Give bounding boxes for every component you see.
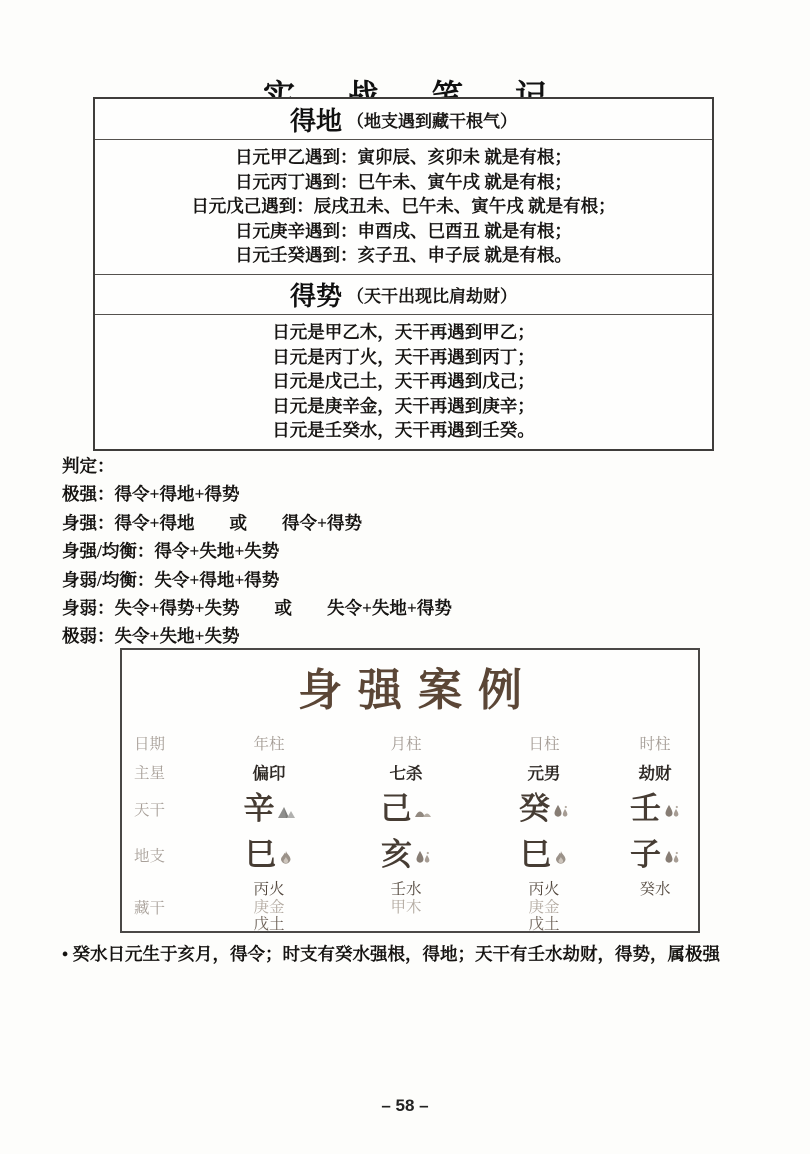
page-number: – 58 – — [0, 1096, 810, 1116]
judgement-block: 判定： 极强：得令+得地+得势 身强：得令+得地 或 得令+得势 身强/均衡：得… — [62, 452, 452, 651]
rules-table: 得地 （地支遇到藏干根气） 日元甲乙遇到：寅卯辰、亥卯未 就是有根； 日元丙丁遇… — [93, 97, 714, 451]
hidden-stems-cell: 癸水 — [612, 881, 698, 899]
row-label-branch: 地支 — [122, 844, 202, 866]
fire-icon — [279, 851, 293, 866]
judgement-line: 身强：得令+得地 或 得令+得势 — [62, 509, 452, 537]
row-label-date: 日期 — [122, 732, 202, 754]
rule-line: 日元是丙丁火，天干再遇到丙丁； — [95, 345, 712, 370]
hidden-stems-row: 藏干 丙火 庚金 戊土 壬水 甲木 丙火 庚金 戊土 癸水 — [122, 881, 698, 934]
branch-char: 巳 — [520, 839, 551, 870]
case-footnote: • 癸水日元生于亥月，得令；时支有癸水强根，得地；天干有壬水劫财，得势，属极强 — [62, 941, 768, 966]
hidden-stem: 丙火 — [476, 881, 612, 899]
judgement-line: 身强/均衡：得令+失地+失势 — [62, 537, 452, 565]
hidden-stem: 戊土 — [476, 916, 612, 934]
pillar-header: 月柱 — [336, 732, 476, 754]
dedi-heading-note: （地支遇到藏干根气） — [347, 107, 517, 132]
branch-cell: 亥 — [336, 839, 476, 870]
hidden-stem: 庚金 — [202, 899, 336, 917]
hidden-stem: 丙火 — [202, 881, 336, 899]
judgement-title: 判定： — [62, 452, 452, 480]
rule-line: 日元壬癸遇到：亥子丑、申子辰 就是有根。 — [95, 243, 712, 268]
stem-char: 壬 — [630, 793, 661, 824]
deshi-section-header: 得势 （天干出现比肩劫财） — [95, 274, 712, 315]
hidden-stem: 庚金 — [476, 899, 612, 917]
judgement-line: 极强：得令+得地+得势 — [62, 480, 452, 508]
water-icon — [664, 851, 680, 865]
rule-line: 日元是壬癸水，天干再遇到壬癸。 — [95, 418, 712, 443]
stem-char: 己 — [381, 793, 412, 824]
dedi-section-header: 得地 （地支遇到藏干根气） — [95, 99, 712, 140]
branch-char: 亥 — [381, 839, 412, 870]
rule-line: 日元甲乙遇到：寅卯辰、亥卯未 就是有根； — [95, 145, 712, 170]
row-label-stem: 天干 — [122, 798, 202, 820]
fire-icon — [554, 851, 568, 866]
rule-line: 日元是甲乙木，天干再遇到甲乙； — [95, 320, 712, 345]
rule-line: 日元戊己遇到：辰戌丑未、巳午未、寅午戌 就是有根； — [95, 194, 712, 219]
hidden-stems-cell: 壬水 甲木 — [336, 881, 476, 916]
deshi-heading: 得势 — [290, 276, 342, 313]
hidden-stem: 戊土 — [202, 916, 336, 934]
rule-line: 日元庚辛遇到：申酉戌、巳酉丑 就是有根； — [95, 219, 712, 244]
chart-title: 身强案例 — [122, 654, 698, 718]
hidden-stem: 癸水 — [612, 881, 698, 899]
earth-icon — [415, 806, 432, 818]
earthly-branch-row: 地支 巳 亥 巳 子 — [122, 831, 698, 878]
branch-char: 子 — [630, 839, 661, 870]
rule-line: 日元是戊己土，天干再遇到戊己； — [95, 369, 712, 394]
branch-cell: 巳 — [202, 839, 336, 870]
dedi-section-body: 日元甲乙遇到：寅卯辰、亥卯未 就是有根； 日元丙丁遇到：巳午未、寅午戌 就是有根… — [95, 140, 712, 274]
deshi-heading-note: （天干出现比肩劫财） — [347, 282, 517, 307]
branch-char: 巳 — [245, 839, 276, 870]
branch-cell: 子 — [612, 839, 698, 870]
water-icon — [553, 805, 569, 819]
row-label-hidden: 藏干 — [122, 896, 202, 918]
branch-cell: 巳 — [476, 839, 612, 870]
main-star: 劫财 — [612, 760, 698, 784]
bazi-case-chart: 身强案例 日期 年柱 月柱 日柱 时柱 主星 偏印 七杀 元男 劫财 天干 辛 … — [120, 648, 700, 933]
stem-char: 癸 — [519, 793, 550, 824]
judgement-line: 身弱/均衡：失令+得地+得势 — [62, 566, 452, 594]
heavenly-stem-row: 天干 辛 己 癸 壬 — [122, 786, 698, 831]
hidden-stems-cell: 丙火 庚金 戊土 — [202, 881, 336, 934]
pillar-header: 年柱 — [202, 732, 336, 754]
dedi-heading: 得地 — [290, 101, 342, 138]
judgement-line: 身弱：失令+得势+失势 或 失令+失地+得势 — [62, 594, 452, 622]
hidden-stem: 壬水 — [336, 881, 476, 899]
rule-line: 日元是庚辛金，天干再遇到庚辛； — [95, 394, 712, 419]
deshi-section-body: 日元是甲乙木，天干再遇到甲乙； 日元是丙丁火，天干再遇到丙丁； 日元是戊己土，天… — [95, 315, 712, 449]
main-star: 元男 — [476, 760, 612, 784]
stem-cell: 辛 — [202, 793, 336, 824]
stem-cell: 壬 — [612, 793, 698, 824]
water-icon — [415, 851, 431, 865]
rule-line: 日元丙丁遇到：巳午未、寅午戌 就是有根； — [95, 170, 712, 195]
metal-icon — [278, 806, 295, 819]
main-star-row: 主星 偏印 七杀 元男 劫财 — [122, 758, 698, 786]
hidden-stem: 甲木 — [336, 899, 476, 917]
book-page: 实 战 笔 记 得地 （地支遇到藏干根气） 日元甲乙遇到：寅卯辰、亥卯未 就是有… — [0, 0, 810, 1154]
stem-cell: 己 — [336, 793, 476, 824]
stem-char: 辛 — [244, 793, 275, 824]
main-star: 七杀 — [336, 760, 476, 784]
pillar-header: 时柱 — [612, 732, 698, 754]
main-star: 偏印 — [202, 760, 336, 784]
hidden-stems-cell: 丙火 庚金 戊土 — [476, 881, 612, 934]
pillar-header-row: 日期 年柱 月柱 日柱 时柱 — [122, 728, 698, 758]
water-icon — [664, 805, 680, 819]
row-label-star: 主星 — [122, 761, 202, 783]
stem-cell: 癸 — [476, 793, 612, 824]
pillar-header: 日柱 — [476, 732, 612, 754]
judgement-line: 极弱：失令+失地+失势 — [62, 622, 452, 650]
